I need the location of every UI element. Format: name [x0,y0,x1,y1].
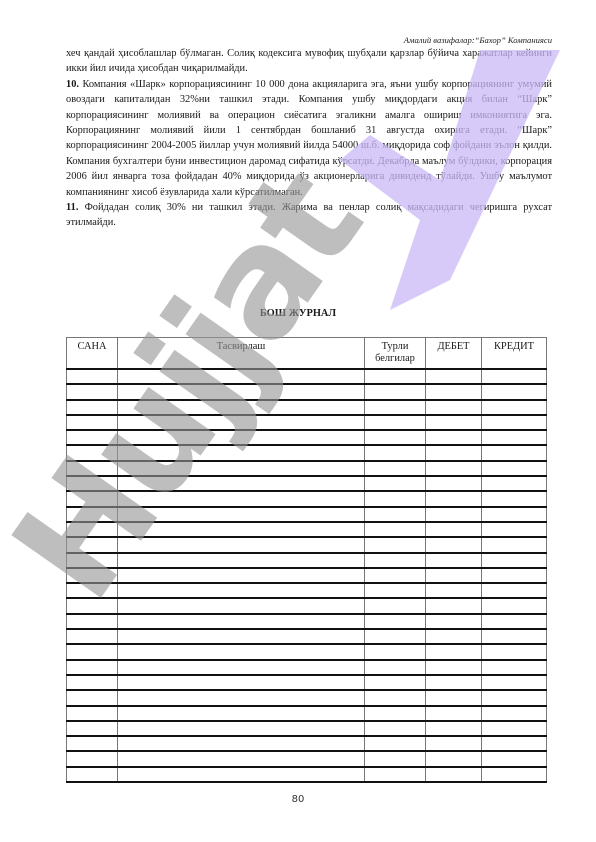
credit-cell [482,706,547,721]
page-number: 80 [0,794,596,805]
debit-cell [426,583,482,598]
journal-row [67,706,547,721]
journal-row [67,583,547,598]
description-cell [118,660,365,675]
credit-cell [482,476,547,491]
journal-row [67,690,547,705]
reference-cell [365,675,426,690]
description-cell [118,690,365,705]
journal-title: БОШ ЖУРНАЛ [0,308,596,319]
credit-cell [482,400,547,415]
description-cell [118,751,365,766]
credit-cell [482,751,547,766]
journal-row [67,522,547,537]
reference-cell [365,660,426,675]
paragraph-text: хеч қандай ҳисоблашлар бўлмаган. Солиқ к… [66,48,552,74]
journal-row [67,644,547,659]
description-cell [118,614,365,629]
description-cell [118,445,365,460]
date-cell [67,644,118,659]
date-cell [67,445,118,460]
journal-row [67,629,547,644]
column-header-reference: Турли белгилар [365,338,426,370]
description-cell [118,706,365,721]
date-cell [67,461,118,476]
description-cell [118,461,365,476]
description-cell [118,553,365,568]
date-cell [67,583,118,598]
debit-cell [426,629,482,644]
credit-cell [482,629,547,644]
debit-cell [426,553,482,568]
journal-row [67,736,547,751]
date-cell [67,537,118,552]
date-cell [67,736,118,751]
debit-cell [426,476,482,491]
journal-row [67,430,547,445]
credit-cell [482,660,547,675]
date-cell [67,384,118,399]
date-cell [67,476,118,491]
date-cell [67,415,118,430]
journal-row [67,369,547,384]
journal-row [67,400,547,415]
reference-cell [365,598,426,613]
journal-row [67,598,547,613]
debit-cell [426,660,482,675]
description-cell [118,721,365,736]
paragraph-number: 11. [66,202,78,213]
body-text: хеч қандай ҳисоблашлар бўлмаган. Солиқ к… [66,46,552,231]
description-cell [118,568,365,583]
credit-cell [482,721,547,736]
reference-cell [365,629,426,644]
journal-row [67,767,547,782]
reference-cell [365,736,426,751]
date-cell [67,491,118,506]
debit-cell [426,644,482,659]
reference-cell [365,400,426,415]
reference-cell [365,522,426,537]
credit-cell [482,430,547,445]
debit-cell [426,491,482,506]
credit-cell [482,614,547,629]
journal-body [67,369,547,782]
journal-row [67,537,547,552]
date-cell [67,507,118,522]
description-cell [118,537,365,552]
credit-cell [482,461,547,476]
credit-cell [482,507,547,522]
credit-cell [482,736,547,751]
paragraph-number: 10. [66,79,79,90]
description-cell [118,767,365,782]
debit-cell [426,675,482,690]
debit-cell [426,706,482,721]
date-cell [67,522,118,537]
reference-cell [365,476,426,491]
reference-cell [365,644,426,659]
description-cell [118,583,365,598]
credit-cell [482,445,547,460]
reference-cell [365,721,426,736]
description-cell [118,598,365,613]
credit-cell [482,369,547,384]
general-journal-table: САНА Тасвирлаш Турли белгилар ДЕБЕТ КРЕД… [66,337,547,783]
credit-cell [482,415,547,430]
date-cell [67,706,118,721]
debit-cell [426,721,482,736]
journal-row [67,614,547,629]
journal-row [67,568,547,583]
date-cell [67,553,118,568]
credit-cell [482,537,547,552]
date-cell [67,675,118,690]
description-cell [118,476,365,491]
reference-cell [365,583,426,598]
debit-cell [426,445,482,460]
reference-cell [365,690,426,705]
debit-cell [426,598,482,613]
paragraph-11: 11. Фойдадан солиқ 30% ни ташкил этади. … [66,200,552,231]
description-cell [118,629,365,644]
description-cell [118,415,365,430]
journal-row [67,476,547,491]
credit-cell [482,384,547,399]
journal-row [67,461,547,476]
debit-cell [426,537,482,552]
debit-cell [426,736,482,751]
debit-cell [426,522,482,537]
reference-cell [365,767,426,782]
reference-cell [365,706,426,721]
journal-row [67,415,547,430]
reference-cell [365,445,426,460]
date-cell [67,751,118,766]
date-cell [67,430,118,445]
column-header-description: Тасвирлаш [118,338,365,370]
credit-cell [482,767,547,782]
credit-cell [482,553,547,568]
debit-cell [426,415,482,430]
description-cell [118,736,365,751]
debit-cell [426,614,482,629]
description-cell [118,400,365,415]
journal-header-row: САНА Тасвирлаш Турли белгилар ДЕБЕТ КРЕД… [67,338,547,370]
description-cell [118,491,365,506]
journal-row [67,491,547,506]
description-cell [118,675,365,690]
description-cell [118,384,365,399]
paragraph-text: Компания «Шарк» корпорациясининг 10 000 … [66,79,552,198]
date-cell [67,721,118,736]
date-cell [67,660,118,675]
credit-cell [482,522,547,537]
debit-cell [426,384,482,399]
date-cell [67,767,118,782]
credit-cell [482,583,547,598]
reference-cell [365,614,426,629]
date-cell [67,690,118,705]
journal-row [67,660,547,675]
description-cell [118,369,365,384]
column-header-debit: ДЕБЕТ [426,338,482,370]
running-header: Амалий вазифалар:“Бахор” Компанияси [404,35,552,45]
paragraph-text: Фойдадан солиқ 30% ни ташкил этади. Жари… [66,202,552,228]
reference-cell [365,369,426,384]
journal-row [67,445,547,460]
journal-row [67,384,547,399]
reference-cell [365,430,426,445]
credit-cell [482,568,547,583]
description-cell [118,644,365,659]
reference-cell [365,384,426,399]
credit-cell [482,491,547,506]
paragraph-10: 10. Компания «Шарк» корпорациясининг 10 … [66,77,552,200]
journal-row [67,675,547,690]
date-cell [67,629,118,644]
debit-cell [426,430,482,445]
debit-cell [426,369,482,384]
reference-cell [365,415,426,430]
date-cell [67,614,118,629]
journal-row [67,553,547,568]
reference-cell [365,507,426,522]
debit-cell [426,751,482,766]
reference-cell [365,537,426,552]
journal-row [67,507,547,522]
credit-cell [482,690,547,705]
date-cell [67,369,118,384]
paragraph-continuation: хеч қандай ҳисоблашлар бўлмаган. Солиқ к… [66,46,552,77]
credit-cell [482,598,547,613]
column-header-date: САНА [67,338,118,370]
debit-cell [426,568,482,583]
debit-cell [426,507,482,522]
reference-cell [365,568,426,583]
date-cell [67,400,118,415]
description-cell [118,507,365,522]
journal-row [67,751,547,766]
debit-cell [426,767,482,782]
reference-cell [365,553,426,568]
credit-cell [482,644,547,659]
date-cell [67,598,118,613]
credit-cell [482,675,547,690]
reference-cell [365,491,426,506]
date-cell [67,568,118,583]
debit-cell [426,690,482,705]
column-header-credit: КРЕДИТ [482,338,547,370]
journal-row [67,721,547,736]
debit-cell [426,461,482,476]
reference-cell [365,751,426,766]
debit-cell [426,400,482,415]
description-cell [118,522,365,537]
reference-cell [365,461,426,476]
description-cell [118,430,365,445]
